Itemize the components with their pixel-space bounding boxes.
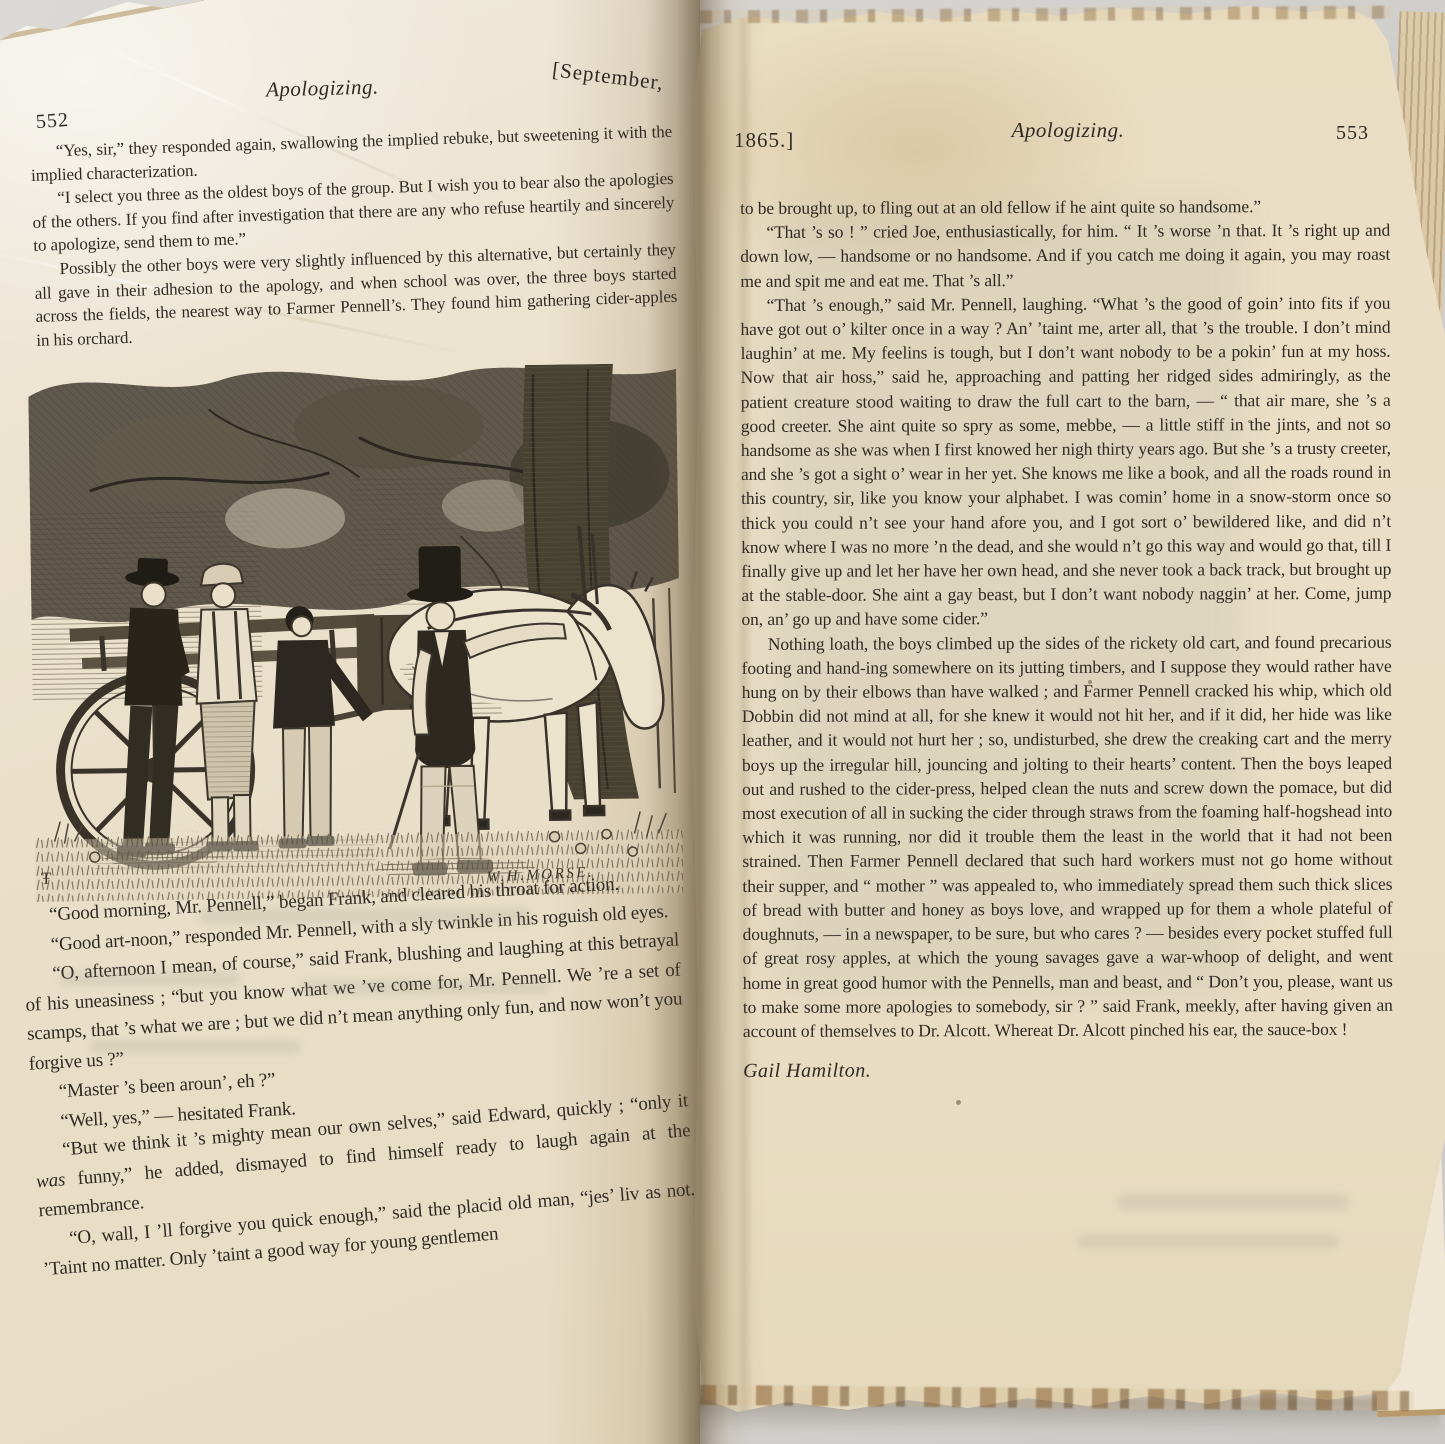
orchard-engraving: W.H.MORSE. Ŧ xyxy=(28,363,683,902)
right-page: 1865.] Apologizing. 553 to be brought up… xyxy=(688,0,1445,1444)
paragraph: “That ’s so ! ” cried Joe, enthusiastica… xyxy=(740,218,1390,293)
engraving-canvas: W.H.MORSE. Ŧ xyxy=(28,363,683,902)
right-page-text: to be brought up, to fling out at an old… xyxy=(740,194,1393,1084)
paragraph: Possibly the other boys were very slight… xyxy=(34,238,679,352)
left-page-lower-text: “Good morning, Mr. Pennell,” began Frank… xyxy=(20,867,696,1285)
right-running-title: Apologizing. xyxy=(978,118,1158,143)
fallen-apple xyxy=(549,832,559,842)
paragraph: “That ’s enough,” said Mr. Pennell, laug… xyxy=(740,291,1391,632)
italic-word: was xyxy=(35,1169,66,1192)
left-page-top-edge xyxy=(0,0,206,41)
left-running-title: Apologizing. xyxy=(266,75,379,103)
book-photo: Apologizing. 552 [September, “Yes, sir,”… xyxy=(0,0,1445,1444)
issue-month-label: [September, xyxy=(551,57,665,95)
left-page-upper-text: “Yes, sir,” they responded again, swallo… xyxy=(30,120,678,352)
left-folio-number: 552 xyxy=(35,109,70,134)
paragraph: to be brought up, to fling out at an old… xyxy=(740,194,1390,220)
right-folio-number: 553 xyxy=(1336,122,1369,145)
paragraph: Nothing loath, the boys climbed up the s… xyxy=(742,629,1393,1043)
author-byline: Gail Hamilton. xyxy=(743,1057,1393,1083)
artist-monogram: Ŧ xyxy=(41,869,52,888)
left-page: Apologizing. 552 [September, “Yes, sir,”… xyxy=(0,0,700,1444)
issue-year-label: 1865.] xyxy=(734,128,794,153)
